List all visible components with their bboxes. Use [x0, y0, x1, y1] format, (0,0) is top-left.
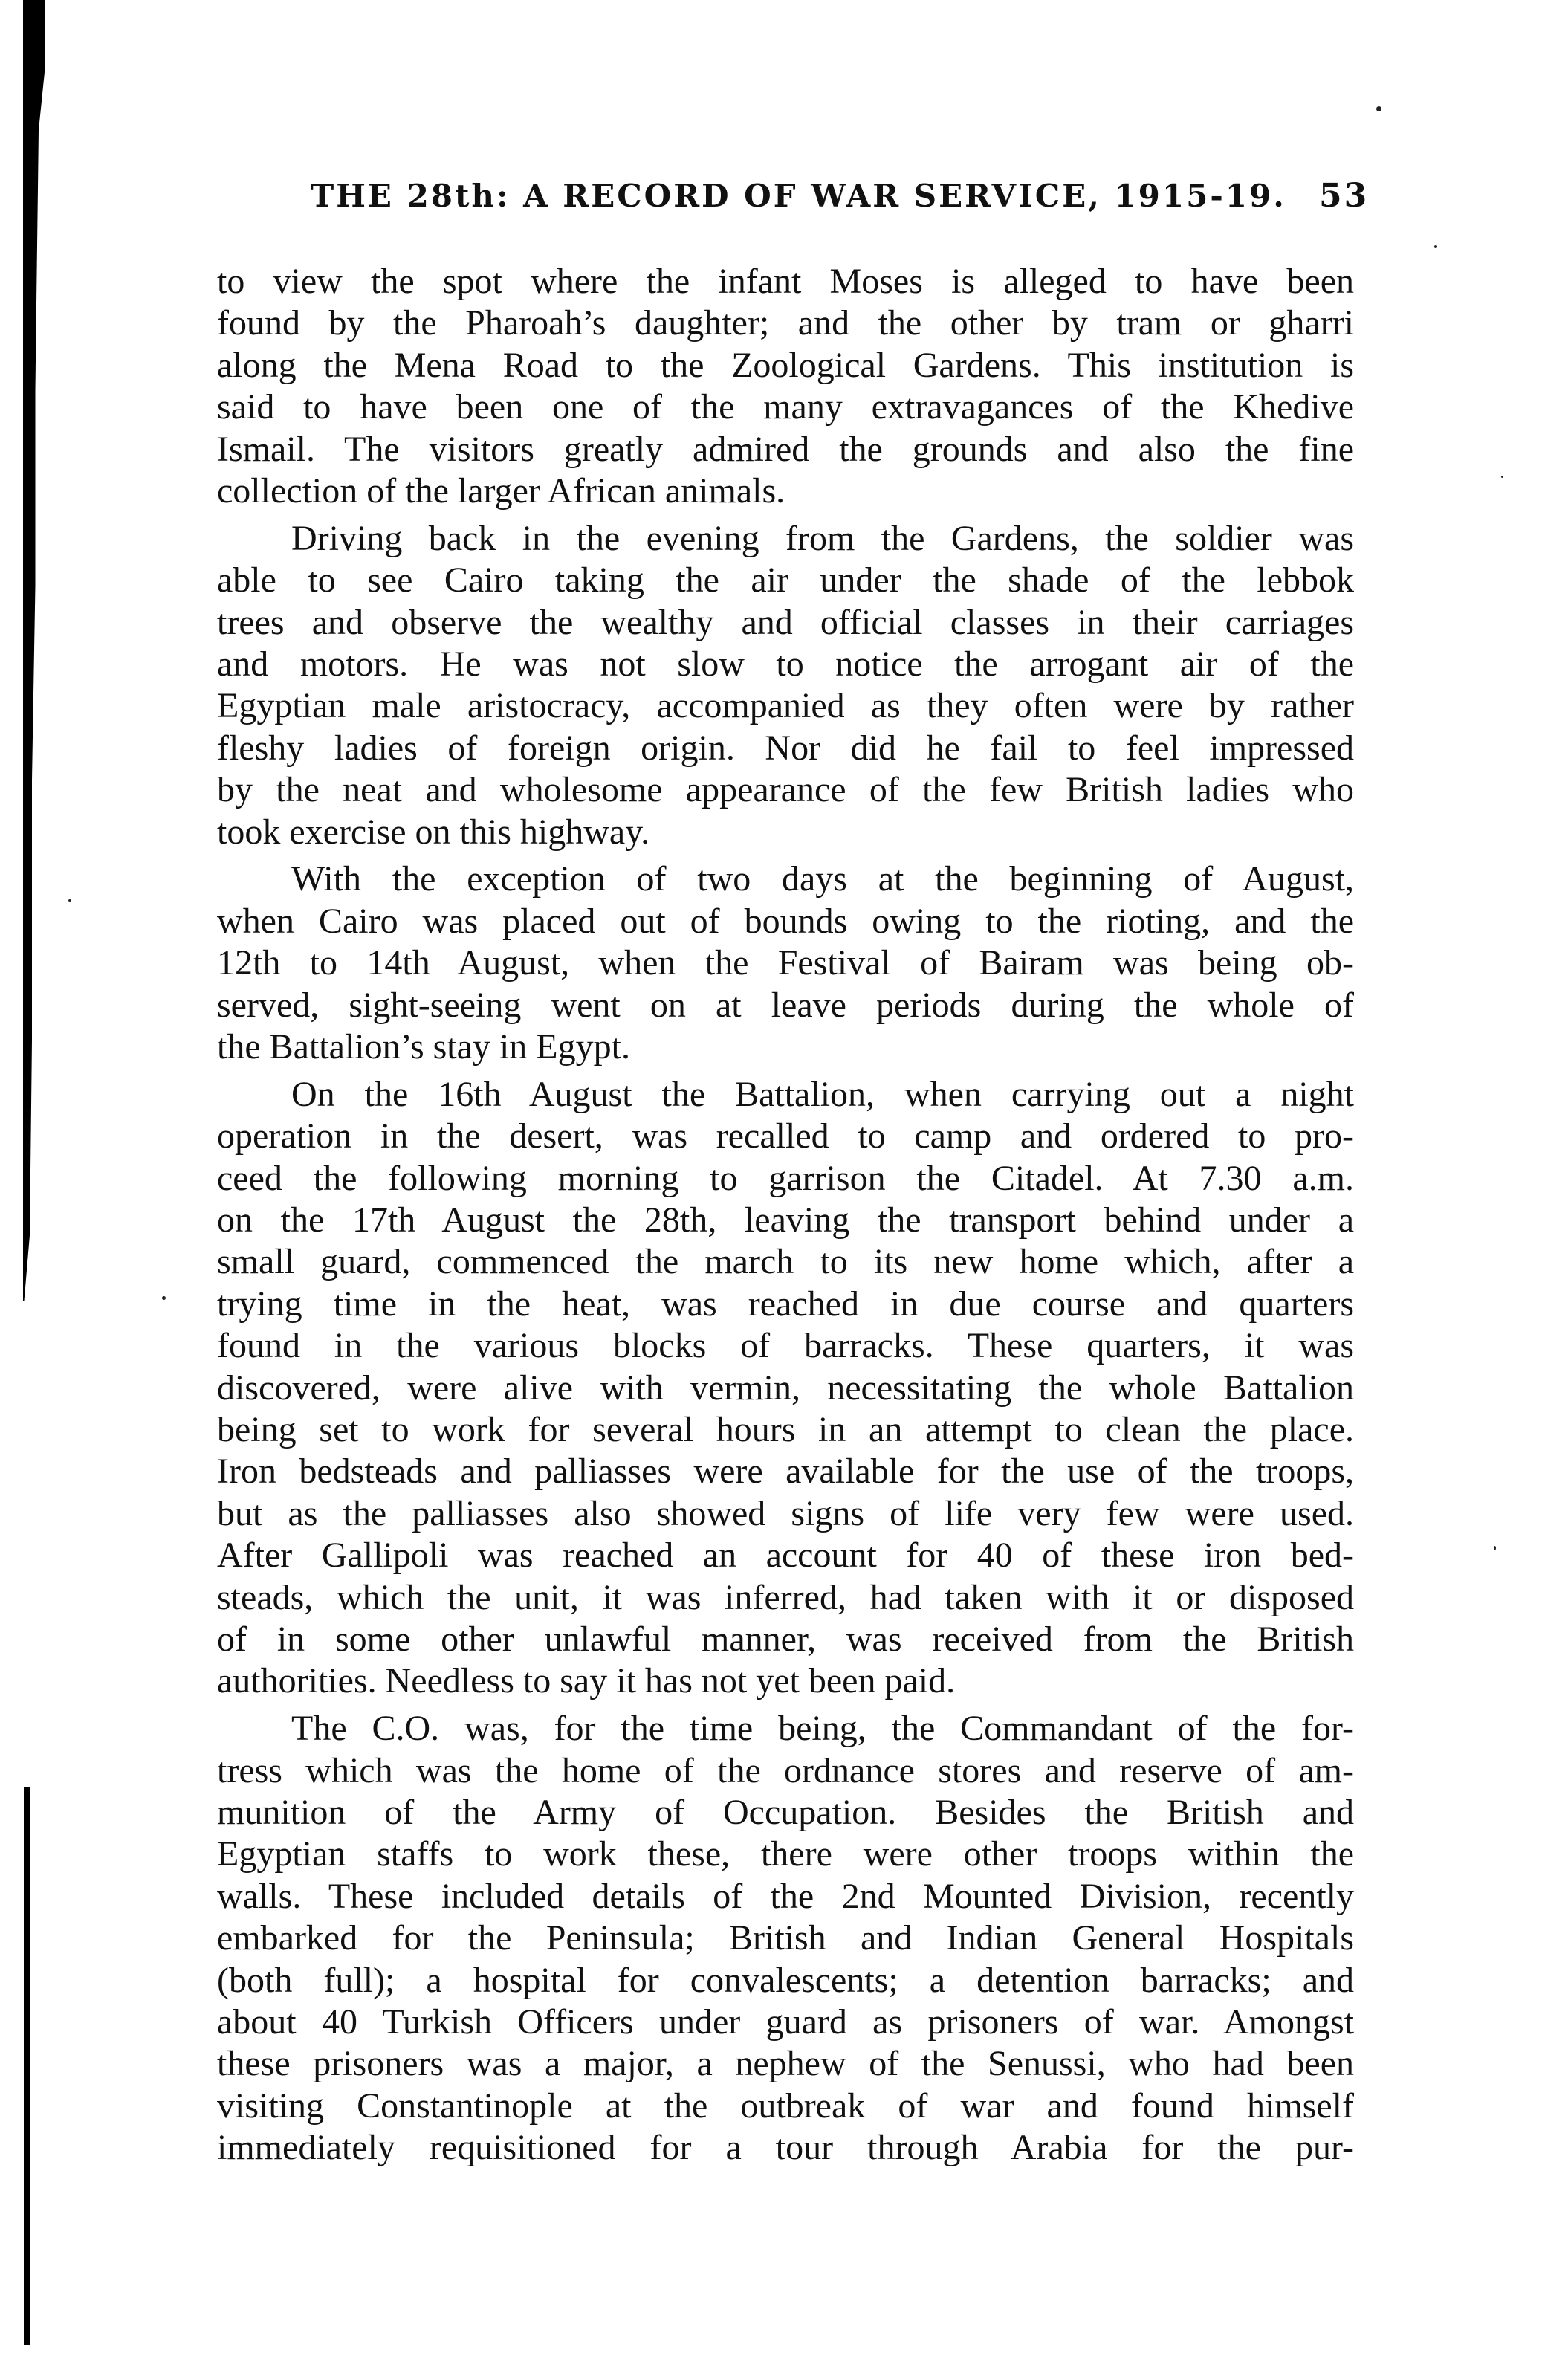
text-line: Egyptian male aristocracy, accompanied a…: [217, 685, 1354, 727]
text-line: about 40 Turkish Officers under guard as…: [217, 2001, 1354, 2043]
text-line: small guard, commenced the march to its …: [217, 1241, 1354, 1283]
paragraph: Driving back in the evening from the Gar…: [217, 518, 1354, 853]
book-page: THE 28th: A RECORD OF WAR SERVICE, 1915-…: [0, 0, 1568, 2356]
text-line: embarked for the Peninsula; British and …: [217, 1918, 1354, 1959]
text-line: these prisoners was a major, a nephew of…: [217, 2043, 1354, 2085]
body-text: to view the spot where the infant Moses …: [217, 261, 1354, 2175]
text-line: the Battalion’s stay in Egypt.: [217, 1026, 1354, 1068]
text-line: On the 16th August the Battalion, when c…: [217, 1074, 1354, 1116]
text-line: to view the spot where the infant Moses …: [217, 261, 1354, 302]
text-line: 12th to 14th August, when the Festival o…: [217, 942, 1354, 984]
text-line: operation in the desert, was recalled to…: [217, 1116, 1354, 1157]
binding-shadow-lower: [24, 1787, 30, 2345]
text-line: The C.O. was, for the time being, the Co…: [217, 1708, 1354, 1750]
text-line: when Cairo was placed out of bounds owin…: [217, 901, 1354, 942]
text-line: found by the Pharoah’s daughter; and the…: [217, 302, 1354, 344]
binding-shadow: [23, 0, 45, 1301]
paragraph: The C.O. was, for the time being, the Co…: [217, 1708, 1354, 2169]
text-line: tress which was the home of the ordnance…: [217, 1750, 1354, 1792]
text-line: visiting Constantinople at the outbreak …: [217, 2085, 1354, 2127]
text-line: said to have been one of the many extrav…: [217, 386, 1354, 428]
text-line: and motors. He was not slow to notice th…: [217, 644, 1354, 685]
text-line: Driving back in the evening from the Gar…: [217, 518, 1354, 560]
text-line: by the neat and wholesome appearance of …: [217, 769, 1354, 811]
running-head: THE 28th: A RECORD OF WAR SERVICE, 1915-…: [311, 172, 1358, 220]
text-line: fleshy ladies of foreign origin. Nor did…: [217, 728, 1354, 769]
text-line: collection of the larger African animals…: [217, 470, 1354, 512]
text-line: served, sight-seeing went on at leave pe…: [217, 985, 1354, 1026]
text-line: Iron bedsteads and palliasses were avail…: [217, 1451, 1354, 1492]
text-line: discovered, were alive with vermin, nece…: [217, 1368, 1354, 1409]
text-line: authorities. Needless to say it has not …: [217, 1660, 1354, 1702]
text-line: being set to work for several hours in a…: [217, 1409, 1354, 1451]
scan-speck: [1434, 245, 1437, 248]
text-line: Ismail. The visitors greatly admired the…: [217, 429, 1354, 470]
text-line: took exercise on this highway.: [217, 812, 1354, 853]
text-line: walls. These included details of the 2nd…: [217, 1876, 1354, 1918]
scan-speck: [1501, 476, 1503, 478]
text-line: steads, which the unit, it was inferred,…: [217, 1577, 1354, 1619]
scan-speck: [68, 899, 71, 902]
text-line: After Gallipoli was reached an account f…: [217, 1535, 1354, 1576]
text-line: along the Mena Road to the Zoological Ga…: [217, 345, 1354, 386]
text-line: (both full); a hospital for convalescent…: [217, 1960, 1354, 2001]
text-line: on the 17th August the 28th, leaving the…: [217, 1200, 1354, 1241]
text-line: munition of the Army of Occupation. Besi…: [217, 1792, 1354, 1834]
text-line: trees and observe the wealthy and offici…: [217, 602, 1354, 644]
text-line: of in some other unlawful manner, was re…: [217, 1619, 1354, 1660]
paragraph: On the 16th August the Battalion, when c…: [217, 1074, 1354, 1703]
page-number: 53: [1319, 172, 1369, 220]
text-line: but as the palliasses also showed signs …: [217, 1493, 1354, 1535]
scan-speck: [162, 1296, 166, 1300]
text-line: found in the various blocks of barracks.…: [217, 1325, 1354, 1367]
text-line: Egyptian staffs to work these, there wer…: [217, 1834, 1354, 1875]
text-line: With the exception of two days at the be…: [217, 858, 1354, 900]
paragraph: to view the spot where the infant Moses …: [217, 261, 1354, 512]
text-line: able to see Cairo taking the air under t…: [217, 560, 1354, 601]
scan-speck: [1494, 1546, 1496, 1550]
text-line: trying time in the heat, was reached in …: [217, 1284, 1354, 1325]
text-line: ceed the following morning to garrison t…: [217, 1158, 1354, 1200]
scan-speck: [1376, 106, 1381, 111]
paragraph: With the exception of two days at the be…: [217, 858, 1354, 1068]
running-head-title: THE 28th: A RECORD OF WAR SERVICE, 1915-…: [311, 172, 1256, 220]
text-line: immediately requisitioned for a tour thr…: [217, 2127, 1354, 2169]
